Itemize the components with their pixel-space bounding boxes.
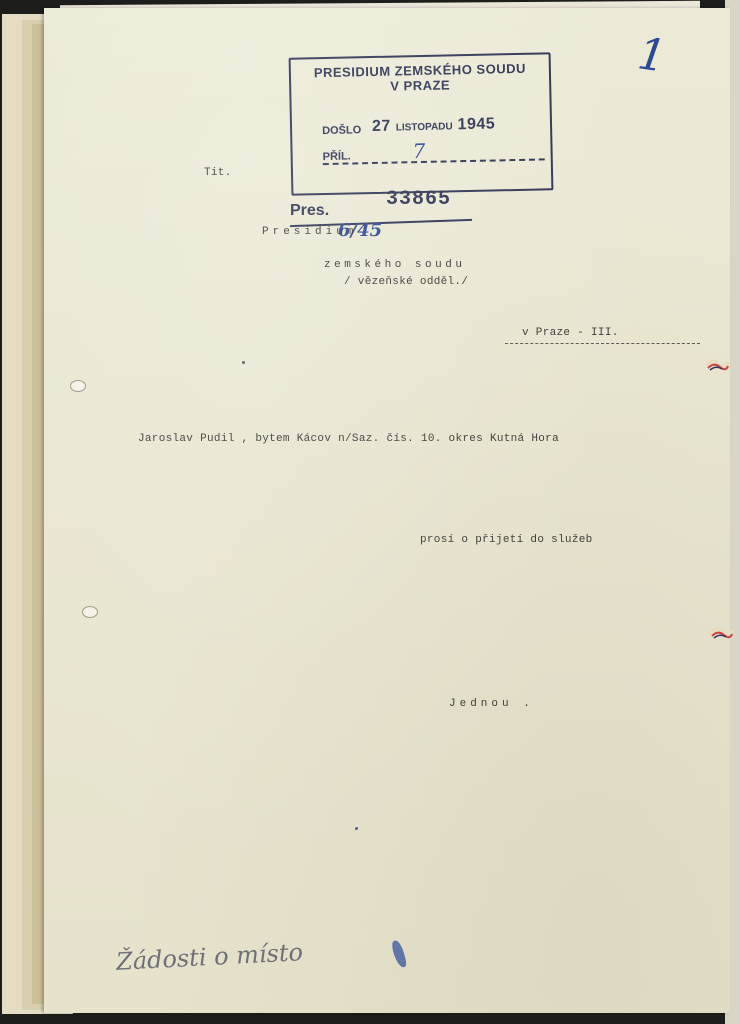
- page-number: 1: [635, 28, 670, 82]
- applicant-line: Jaroslav Pudil , bytem Kácov n/Saz. čís.…: [138, 433, 559, 445]
- ink-smudge: [391, 939, 408, 969]
- pres-number: 33865: [386, 188, 451, 211]
- stamp-received-date: 27 LISTOPADU 1945: [372, 115, 496, 136]
- registry-stamp: PRESIDIUM ZEMSKÉHO SOUDU V PRAZE DOŠLO 2…: [289, 52, 554, 195]
- stamp-received-label: DOŠLO: [322, 124, 361, 137]
- punch-hole-top: [70, 380, 86, 392]
- stamp-attachments-value: 7: [412, 139, 425, 163]
- binding-string-bottom: [708, 624, 734, 642]
- stamp-month: LISTOPADU: [396, 121, 453, 133]
- request-line: prosí o přijetí do služeb: [420, 534, 593, 546]
- punch-hole-bottom: [82, 606, 98, 618]
- binding-string-top: [704, 356, 730, 374]
- addressee-line2: zemského soudu: [324, 259, 465, 271]
- address-dashed-rule: [505, 343, 700, 344]
- stamp-day: 27: [372, 118, 391, 135]
- addressee-line4: v Praze - III.: [522, 327, 619, 339]
- handwritten-note: Žádosti o místo: [115, 938, 303, 976]
- stamp-year: 1945: [457, 115, 495, 133]
- pres-label: Pres.: [290, 202, 329, 220]
- typed-dot: [242, 361, 245, 364]
- enclosures-line: Jednou .: [449, 698, 534, 710]
- ink-dot: [355, 827, 358, 830]
- stamp-attachments-label: PŘÍL.: [323, 150, 351, 163]
- addressee-line3: / vězeňské odděl./: [344, 276, 468, 288]
- addressee-line1: Presidium: [262, 226, 357, 238]
- salutation: Tit.: [204, 167, 232, 179]
- document-page: 1 PRESIDIUM ZEMSKÉHO SOUDU V PRAZE DOŠLO…: [44, 8, 730, 1013]
- stamp-title: PRESIDIUM ZEMSKÉHO SOUDU V PRAZE: [291, 60, 550, 95]
- stamp-dashed-line: [323, 158, 545, 165]
